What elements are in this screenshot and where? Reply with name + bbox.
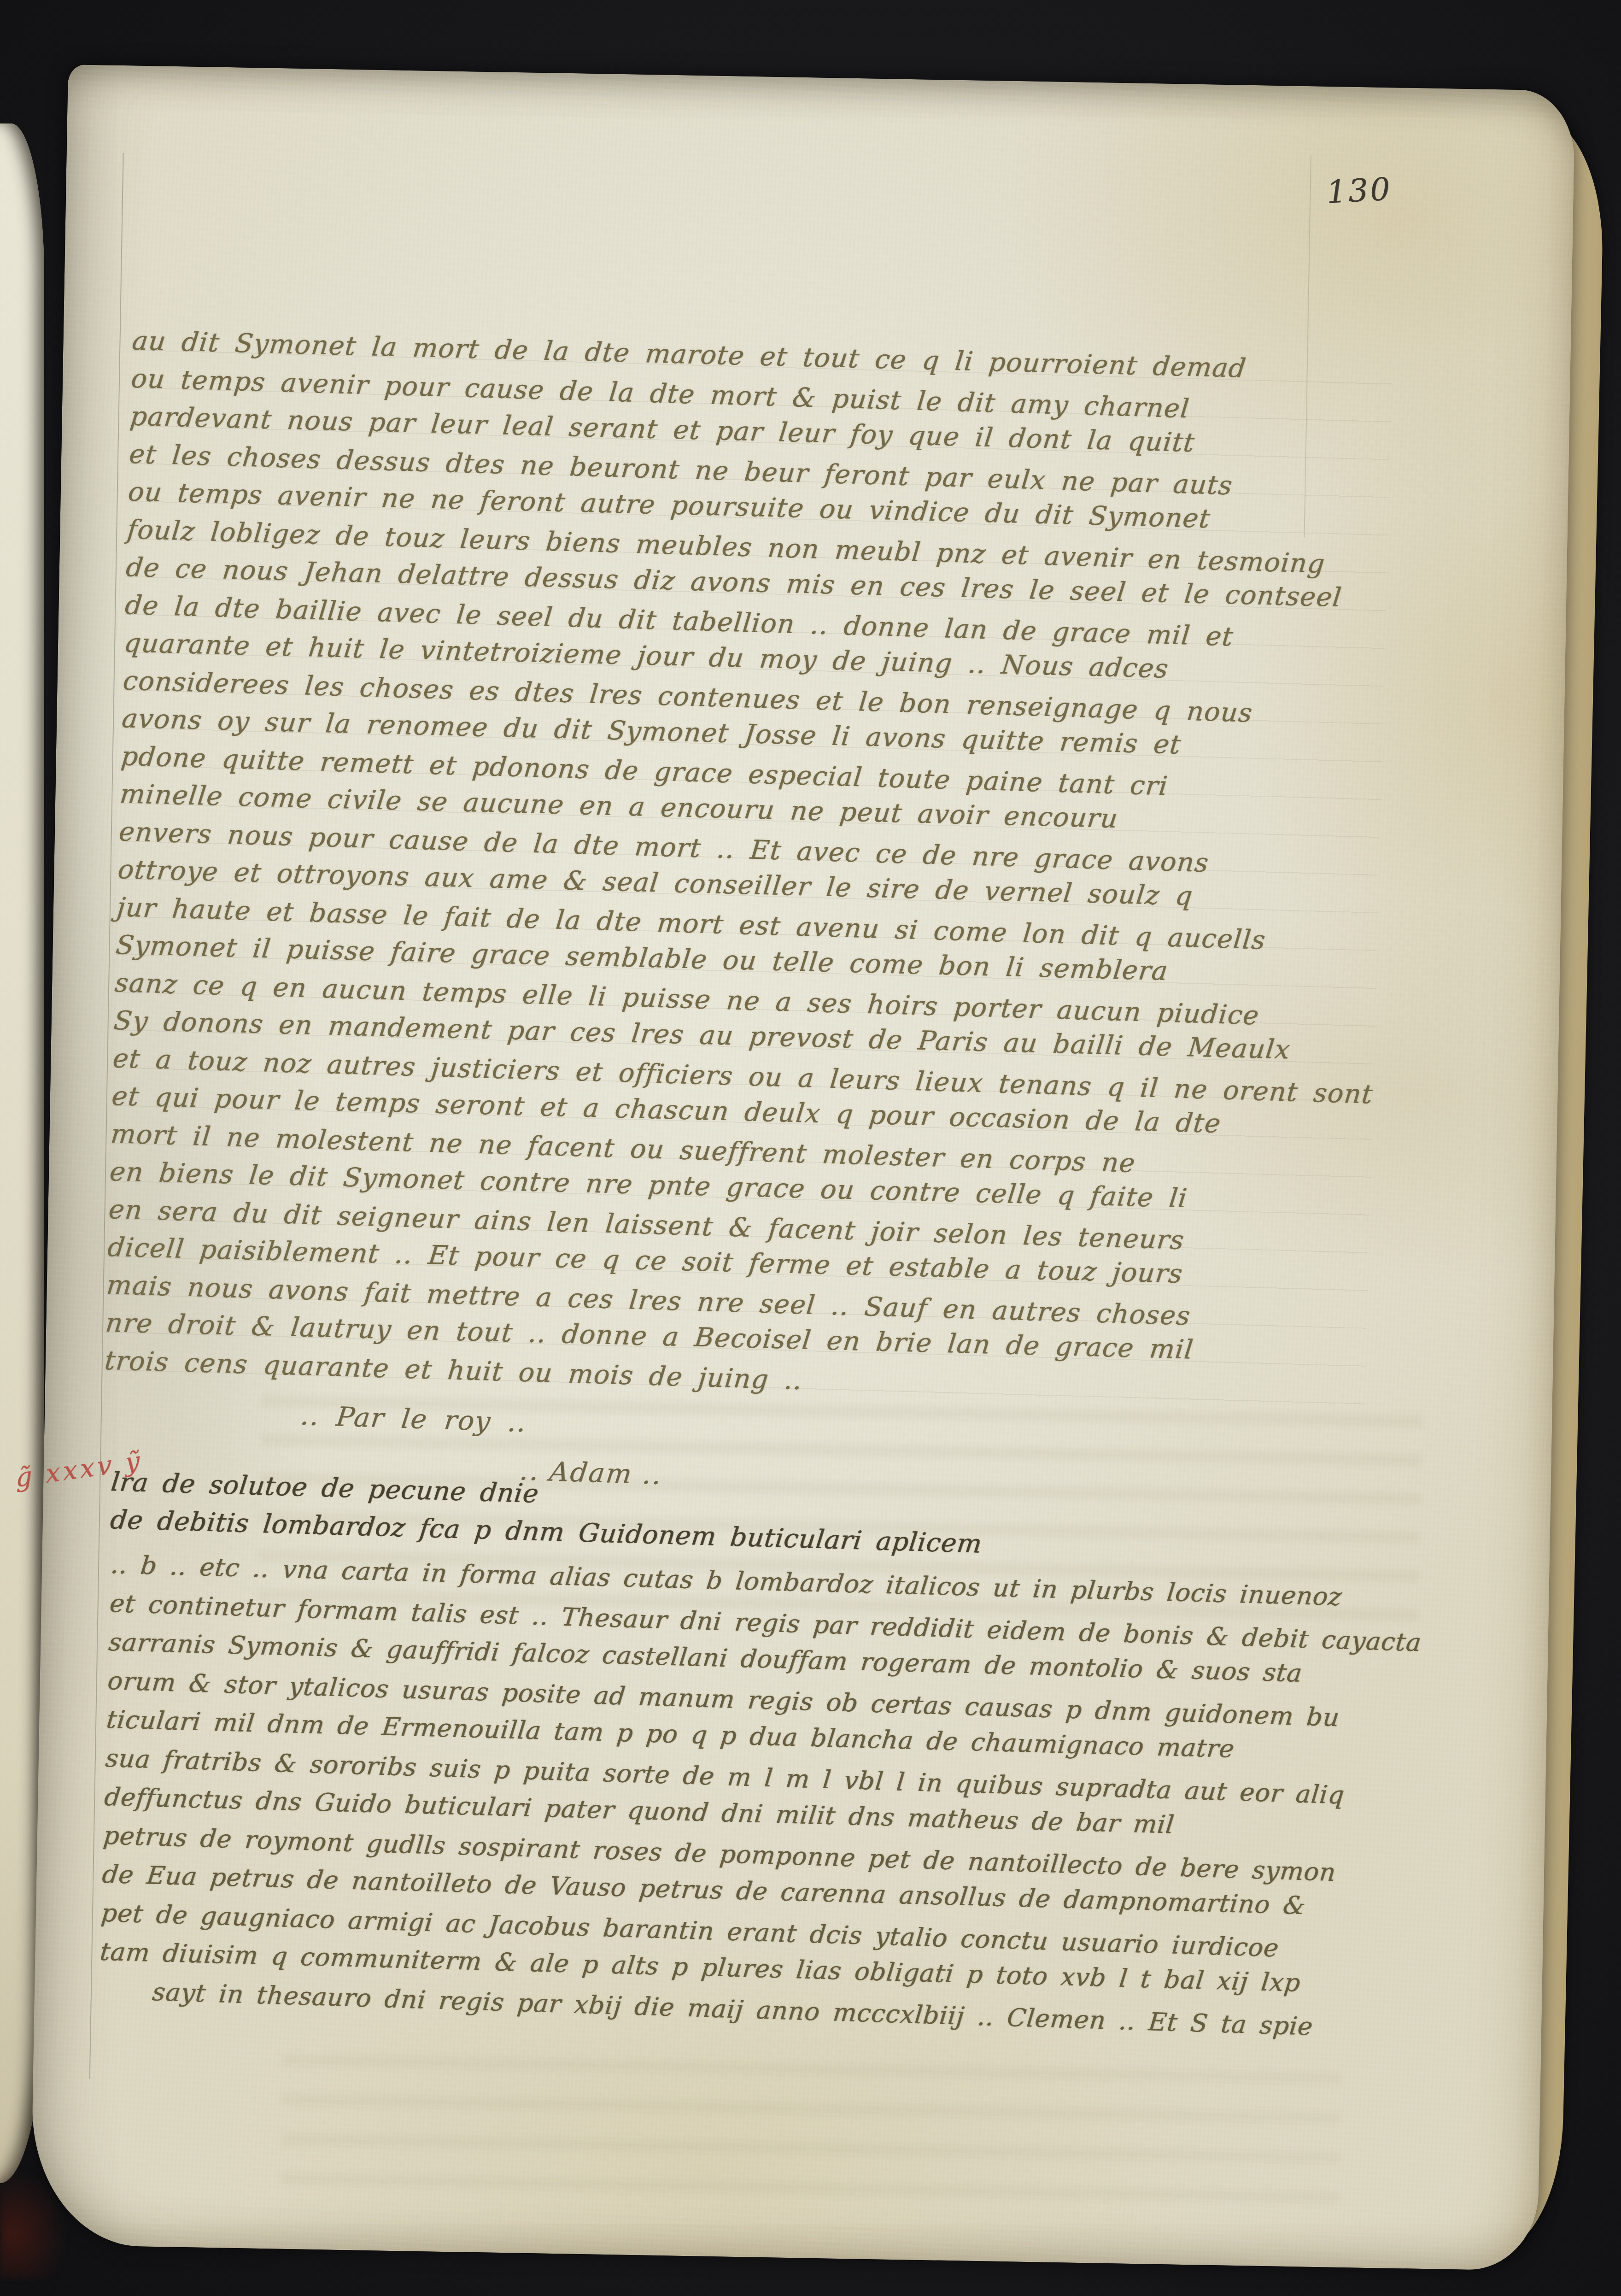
latin-entry-text-block: .. b .. etc .. vna carta in forma alias … [99,1545,1423,2046]
parchment-page: 130 au dit Symonet la mort de la dte mar… [30,65,1575,2271]
verso-showthrough-bottom [280,2055,1341,2225]
manuscript-photo: 130 au dit Symonet la mort de la dte mar… [0,0,1621,2296]
charter-text-block: au dit Symonet la mort de la dte marote … [104,322,1393,1414]
clerk-signature-adam: .. Adam .. [518,1455,664,1491]
folio-number: 130 [1326,171,1393,211]
